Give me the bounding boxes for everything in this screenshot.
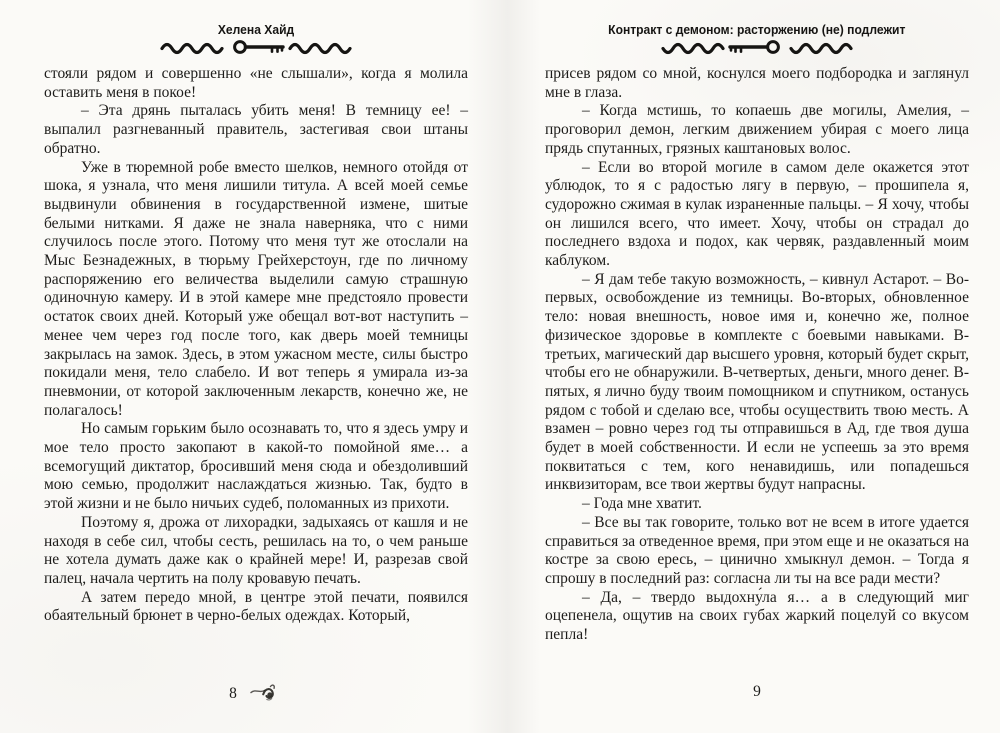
ink-smudge-icon <box>249 682 283 702</box>
page-left: Хелена Хайд стояли рядом и совершенно «н… <box>44 18 468 718</box>
running-header-title: Контракт с демоном: расторжению (не) под… <box>545 22 969 37</box>
page-text-left: стояли рядом и совершенно «не слышали», … <box>44 65 468 626</box>
header-ornament-right <box>545 39 969 55</box>
paragraph: присев рядом со мной, коснулся моего под… <box>545 65 969 102</box>
paragraph: – Эта дрянь пыталась убить меня! В темни… <box>44 102 468 158</box>
squiggle-right-icon <box>290 45 350 53</box>
paragraph: стояли рядом и совершенно «не слышали», … <box>44 65 468 102</box>
page-right: Контракт с демоном: расторжению (не) под… <box>545 18 969 718</box>
paragraph: Уже в тюремной робе вместо шелков, немно… <box>44 159 468 421</box>
paragraph: А затем передо мной, в центре этой печат… <box>44 589 468 626</box>
paragraph: – Да, – твердо выдохну́ла я… а в следующ… <box>545 589 969 645</box>
paragraph: Поэтому я, дрожа от лихорадки, задыхаясь… <box>44 514 468 589</box>
page-gutter-shadow <box>468 0 540 733</box>
paragraph: – Я дам тебе такую возможность, – кивнул… <box>545 271 969 495</box>
page-text-right: присев рядом со мной, коснулся моего под… <box>545 65 969 645</box>
key-divider-mirrored-icon <box>657 39 857 55</box>
squiggle-left-icon <box>162 45 222 53</box>
paragraph: – Все вы так говорите, только вот не все… <box>545 514 969 589</box>
header-ornament-left <box>44 39 468 55</box>
squiggle-right-icon <box>663 45 723 53</box>
page-number: 9 <box>753 683 761 700</box>
page-footer-left: 8 <box>44 682 468 704</box>
page-footer-right: 9 <box>545 682 969 702</box>
paragraph: – Когда мстишь, то копаешь две могилы, А… <box>545 102 969 158</box>
key-divider-icon <box>156 39 356 55</box>
page-number: 8 <box>229 685 237 702</box>
key-bow-icon <box>768 42 779 53</box>
paragraph: – Если во второй могиле в самом деле ока… <box>545 159 969 271</box>
key-bow-icon <box>235 42 246 53</box>
squiggle-left-icon <box>791 45 851 53</box>
paragraph: – Года мне хватит. <box>545 495 969 514</box>
book-spread: Хелена Хайд стояли рядом и совершенно «н… <box>0 0 1000 733</box>
running-header-author: Хелена Хайд <box>44 22 468 37</box>
paragraph: Но самым горьким было осознавать то, что… <box>44 420 468 514</box>
running-header-title-text: Контракт с демоном: расторжению (не) под… <box>608 22 905 37</box>
running-header-author-text: Хелена Хайд <box>218 22 294 37</box>
